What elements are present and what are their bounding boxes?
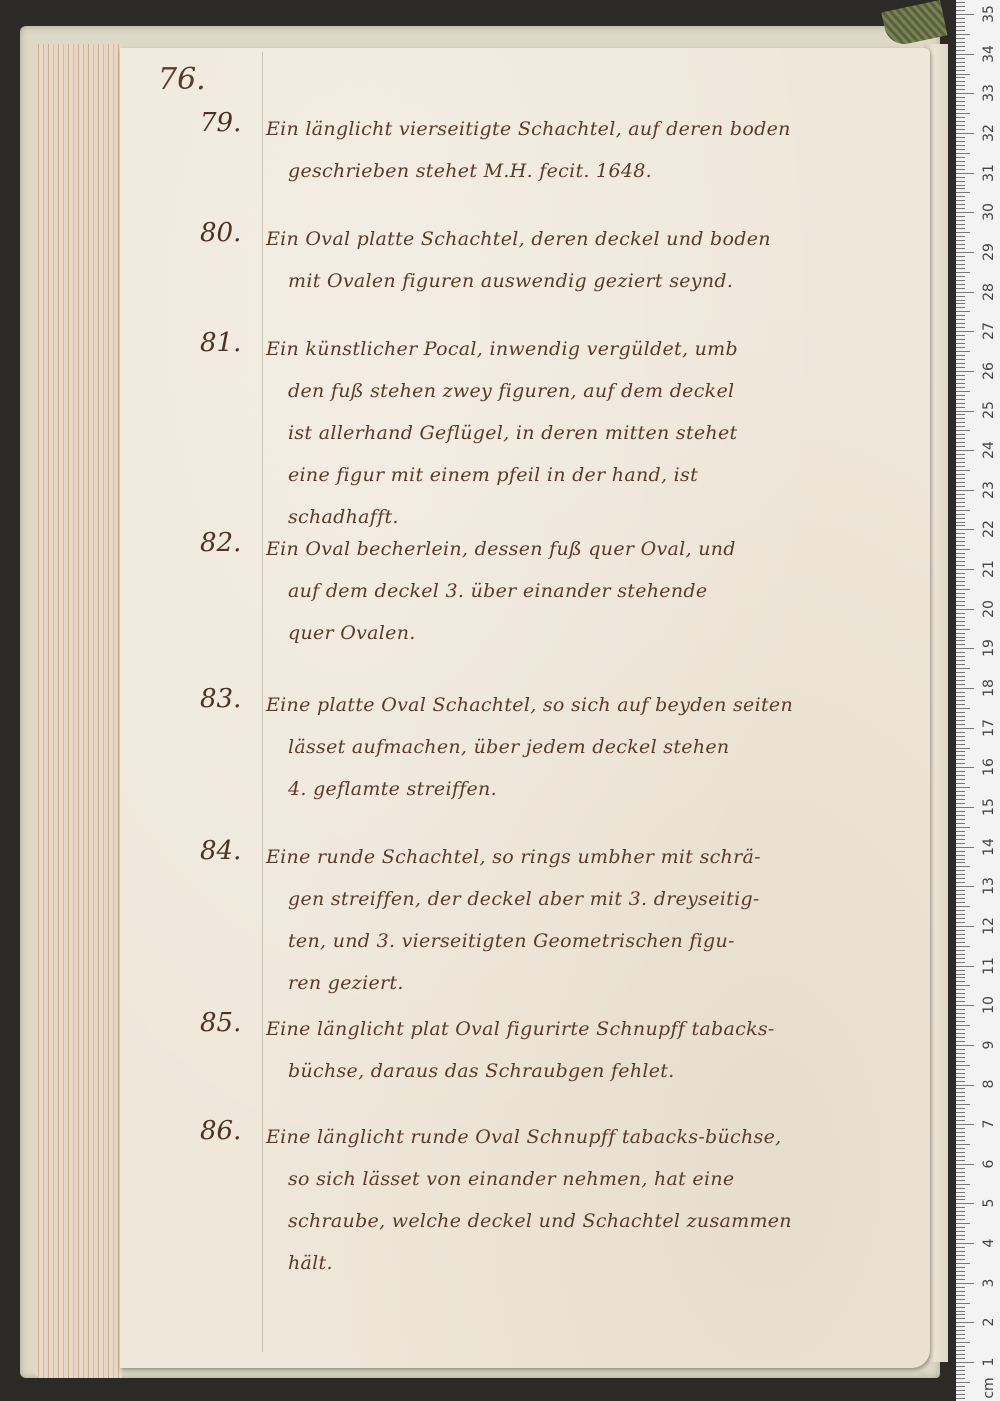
ruler-tick bbox=[956, 664, 965, 665]
entry-line: geschrieben stehet M.H. fecit. 1648. bbox=[266, 150, 900, 192]
ruler-tick bbox=[956, 866, 970, 867]
ruler-tick bbox=[956, 1033, 965, 1034]
ruler-tick bbox=[956, 577, 965, 578]
ruler-tick bbox=[956, 109, 965, 110]
ruler-tick bbox=[956, 985, 970, 986]
ruler-tick bbox=[956, 30, 965, 31]
entry-text: Eine runde Schachtel, so rings umbher mi… bbox=[266, 836, 900, 1004]
ruler-tick bbox=[956, 1140, 965, 1141]
ruler-tick bbox=[956, 779, 965, 780]
ruler-tick bbox=[956, 629, 970, 630]
ruler-tick bbox=[956, 355, 965, 356]
entry-number: 86. bbox=[200, 1116, 241, 1146]
ruler-tick bbox=[956, 367, 965, 368]
ruler-tick bbox=[956, 1021, 965, 1022]
ruler-tick bbox=[956, 454, 965, 455]
ruler-tick bbox=[956, 652, 965, 653]
ruler-tick bbox=[956, 1243, 974, 1244]
ruler-tick bbox=[956, 200, 965, 201]
ruler-tick bbox=[956, 926, 974, 927]
entry-line: Ein Oval platte Schachtel, deren deckel … bbox=[266, 218, 900, 260]
ruler-label: 26 bbox=[978, 360, 1000, 382]
ruler-tick bbox=[956, 252, 974, 253]
entry-text: Ein Oval platte Schachtel, deren deckel … bbox=[266, 218, 900, 302]
ruler-tick bbox=[956, 1152, 965, 1153]
ruler-label: 4 bbox=[978, 1232, 1000, 1254]
ruler-tick bbox=[956, 1271, 965, 1272]
ruler-tick bbox=[956, 1346, 965, 1347]
ruler-tick bbox=[956, 196, 965, 197]
ruler-tick bbox=[956, 1065, 970, 1066]
ruler-tick bbox=[956, 1318, 965, 1319]
ruler-tick bbox=[956, 165, 965, 166]
ruler-tick bbox=[956, 434, 965, 435]
entry-number: 79. bbox=[200, 108, 241, 138]
ruler-tick bbox=[956, 1124, 974, 1125]
ruler-tick bbox=[956, 1314, 965, 1315]
ruler-tick bbox=[956, 977, 965, 978]
ruler-tick bbox=[956, 181, 965, 182]
ruler-label: 29 bbox=[978, 241, 1000, 263]
ruler-tick bbox=[956, 1025, 970, 1026]
ruler-tick bbox=[956, 950, 965, 951]
ruler-tick bbox=[956, 1073, 965, 1074]
ruler-tick bbox=[956, 1330, 965, 1331]
entry-line: mit Ovalen figuren auswendig geziert sey… bbox=[266, 260, 900, 302]
ruler-tick bbox=[956, 712, 965, 713]
ruler-tick bbox=[956, 125, 965, 126]
ruler-tick bbox=[956, 1037, 965, 1038]
ruler-tick bbox=[956, 1199, 965, 1200]
ruler-tick bbox=[956, 633, 965, 634]
ruler-tick bbox=[956, 831, 965, 832]
ruler-tick bbox=[956, 486, 965, 487]
ruler-label: cm bbox=[978, 1377, 1000, 1399]
ruler-tick bbox=[956, 1386, 965, 1387]
ruler-tick bbox=[956, 561, 965, 562]
ruler-tick bbox=[956, 256, 965, 257]
ruler-tick bbox=[956, 1092, 965, 1093]
ruler-label: 31 bbox=[978, 162, 1000, 184]
ruler-tick bbox=[956, 775, 965, 776]
entry-line: Ein Oval becherlein, dessen fuß quer Ova… bbox=[266, 528, 900, 570]
ruler-tick bbox=[956, 541, 965, 542]
ruler-tick bbox=[956, 1148, 965, 1149]
ruler-tick bbox=[956, 14, 974, 15]
ruler-tick bbox=[956, 414, 965, 415]
ruler-tick bbox=[956, 2, 965, 3]
ruler-label: 19 bbox=[978, 637, 1000, 659]
ruler-tick bbox=[956, 1100, 965, 1101]
ruler-label: 6 bbox=[978, 1153, 1000, 1175]
ruler-tick bbox=[956, 34, 970, 35]
ruler-tick bbox=[956, 763, 965, 764]
ruler-tick bbox=[956, 192, 970, 193]
ruler-tick bbox=[956, 668, 970, 669]
ruler-tick bbox=[956, 525, 965, 526]
ruler-tick bbox=[956, 680, 965, 681]
ruler-tick bbox=[956, 383, 965, 384]
entry-line: Ein künstlicher Pocal, inwendig vergülde… bbox=[266, 328, 900, 370]
ruler-tick bbox=[956, 974, 965, 975]
ruler-tick bbox=[956, 771, 965, 772]
ruler-tick bbox=[956, 347, 965, 348]
ruler-tick bbox=[956, 970, 965, 971]
entry-line: Eine länglicht plat Oval figurirte Schnu… bbox=[266, 1008, 900, 1050]
ruler-tick bbox=[956, 1255, 965, 1256]
ruler-tick bbox=[956, 732, 965, 733]
ruler-tick bbox=[956, 224, 965, 225]
ruler-tick bbox=[956, 823, 965, 824]
ruler-label: 7 bbox=[978, 1113, 1000, 1135]
ruler-tick bbox=[956, 966, 974, 967]
ruler-label: 20 bbox=[978, 598, 1000, 620]
entry-line: hält. bbox=[266, 1242, 900, 1284]
ruler-tick bbox=[956, 42, 965, 43]
ruler-tick bbox=[956, 870, 965, 871]
ruler-tick bbox=[956, 1215, 965, 1216]
ruler-tick bbox=[956, 157, 965, 158]
ruler-tick bbox=[956, 173, 974, 174]
ruler-tick bbox=[956, 1005, 974, 1006]
ruler-tick bbox=[956, 637, 965, 638]
ruler-tick bbox=[956, 688, 974, 689]
ruler-tick bbox=[956, 153, 970, 154]
ruler-tick bbox=[956, 89, 965, 90]
ruler-tick bbox=[956, 50, 965, 51]
ruler-tick bbox=[956, 708, 970, 709]
ruler-label: 28 bbox=[978, 281, 1000, 303]
ruler-tick bbox=[956, 1350, 965, 1351]
ruler-tick bbox=[956, 1263, 970, 1264]
ruler-tick bbox=[956, 212, 974, 213]
ruler-tick bbox=[956, 494, 965, 495]
ruler-tick bbox=[956, 537, 965, 538]
ruler-tick bbox=[956, 581, 965, 582]
ruler-tick bbox=[956, 1156, 965, 1157]
ruler-tick bbox=[956, 169, 965, 170]
entry-line: Eine runde Schachtel, so rings umbher mi… bbox=[266, 836, 900, 878]
ruler-tick bbox=[956, 1017, 965, 1018]
ruler-tick bbox=[956, 684, 965, 685]
ruler-tick bbox=[956, 74, 970, 75]
ruler-label: 14 bbox=[978, 836, 1000, 858]
entry-line: Eine länglicht runde Oval Schnupff tabac… bbox=[266, 1116, 900, 1158]
ruler-tick bbox=[956, 902, 965, 903]
ruler-tick bbox=[956, 557, 965, 558]
ruler-tick bbox=[956, 1128, 965, 1129]
ruler-tick bbox=[956, 910, 965, 911]
cm-ruler: 3534333231302928272625242322212019181716… bbox=[956, 0, 1000, 1401]
ruler-tick bbox=[956, 617, 965, 618]
ruler-tick bbox=[956, 216, 965, 217]
ruler-tick bbox=[956, 311, 970, 312]
ruler-tick bbox=[956, 93, 974, 94]
ruler-tick bbox=[956, 1172, 965, 1173]
entry-text: Eine länglicht runde Oval Schnupff tabac… bbox=[266, 1116, 900, 1284]
entry-number: 83. bbox=[200, 684, 241, 714]
ruler-tick bbox=[956, 609, 974, 610]
ruler-tick bbox=[956, 161, 965, 162]
ruler-label: 22 bbox=[978, 518, 1000, 540]
ruler-tick bbox=[956, 605, 965, 606]
ruler-tick bbox=[956, 934, 965, 935]
ruler-tick bbox=[956, 1045, 974, 1046]
ruler-tick bbox=[956, 1279, 965, 1280]
page-stack-edges bbox=[34, 44, 122, 1378]
ruler-label: 27 bbox=[978, 320, 1000, 342]
ruler-tick bbox=[956, 811, 965, 812]
ruler-tick bbox=[956, 264, 965, 265]
entry-text: Ein künstlicher Pocal, inwendig vergülde… bbox=[266, 328, 900, 538]
ruler-tick bbox=[956, 989, 965, 990]
entry-text: Eine platte Oval Schachtel, so sich auf … bbox=[266, 684, 900, 810]
ruler-tick bbox=[956, 1053, 965, 1054]
ruler-tick bbox=[956, 549, 970, 550]
ruler-tick bbox=[956, 569, 974, 570]
ruler-tick bbox=[956, 851, 965, 852]
ruler-tick bbox=[956, 204, 965, 205]
ruler-tick bbox=[956, 914, 965, 915]
ruler-tick bbox=[956, 411, 974, 412]
ruler-tick bbox=[956, 621, 965, 622]
ruler-tick bbox=[956, 1207, 965, 1208]
margin-rule bbox=[262, 52, 263, 1352]
ruler-tick bbox=[956, 601, 965, 602]
ruler-tick bbox=[956, 6, 965, 7]
ruler-tick bbox=[956, 1370, 965, 1371]
ruler-tick bbox=[956, 767, 974, 768]
ruler-tick bbox=[956, 1235, 965, 1236]
ruler-tick bbox=[956, 303, 965, 304]
ruler-tick bbox=[956, 26, 965, 27]
ruler-tick bbox=[956, 387, 965, 388]
ruler-label: 16 bbox=[978, 756, 1000, 778]
ruler-tick bbox=[956, 70, 965, 71]
ruler-tick bbox=[956, 62, 965, 63]
ruler-tick bbox=[956, 1358, 965, 1359]
ruler-label: 32 bbox=[978, 122, 1000, 144]
ruler-tick bbox=[956, 1259, 965, 1260]
ruler-tick bbox=[956, 1338, 965, 1339]
ruler-tick bbox=[956, 105, 965, 106]
ruler-tick bbox=[956, 938, 965, 939]
entry-text: Ein länglicht vierseitigte Schachtel, au… bbox=[266, 108, 900, 192]
ruler-tick bbox=[956, 288, 965, 289]
ruler-tick bbox=[956, 244, 965, 245]
ruler-tick bbox=[956, 46, 965, 47]
ruler-tick bbox=[956, 38, 965, 39]
entry-number: 81. bbox=[200, 328, 241, 358]
ruler-tick bbox=[956, 403, 965, 404]
ruler-tick bbox=[956, 807, 974, 808]
ruler-label: 34 bbox=[978, 43, 1000, 65]
ruler-label: 33 bbox=[978, 82, 1000, 104]
ruler-tick bbox=[956, 613, 965, 614]
ruler-label: 12 bbox=[978, 915, 1000, 937]
ruler-tick bbox=[956, 395, 965, 396]
ruler-tick bbox=[956, 490, 974, 491]
ruler-tick bbox=[956, 482, 965, 483]
ruler-label: 2 bbox=[978, 1311, 1000, 1333]
ruler-label: 23 bbox=[978, 479, 1000, 501]
ruler-tick bbox=[956, 1112, 965, 1113]
ruler-tick bbox=[956, 379, 965, 380]
ruler-tick bbox=[956, 149, 965, 150]
ruler-tick bbox=[956, 962, 965, 963]
ruler-tick bbox=[956, 470, 970, 471]
ruler-tick bbox=[956, 755, 965, 756]
entry-text: Ein Oval becherlein, dessen fuß quer Ova… bbox=[266, 528, 900, 654]
entry-number: 80. bbox=[200, 218, 241, 248]
ruler-tick bbox=[956, 1061, 965, 1062]
ruler-tick bbox=[956, 724, 965, 725]
ruler-tick bbox=[956, 97, 965, 98]
ruler-tick bbox=[956, 835, 965, 836]
ruler-tick bbox=[956, 315, 965, 316]
ruler-tick bbox=[956, 518, 965, 519]
ruler-tick bbox=[956, 843, 965, 844]
ruler-tick bbox=[956, 894, 965, 895]
ruler-tick bbox=[956, 121, 965, 122]
ruler-tick bbox=[956, 676, 965, 677]
ruler-tick bbox=[956, 1342, 970, 1343]
ruler-tick bbox=[956, 553, 965, 554]
ruler-tick bbox=[956, 1188, 965, 1189]
ruler-tick bbox=[956, 660, 965, 661]
ruler-tick bbox=[956, 391, 970, 392]
entry-line: schraube, welche deckel und Schachtel zu… bbox=[266, 1200, 900, 1242]
ruler-tick bbox=[956, 759, 965, 760]
ruler-tick bbox=[956, 284, 965, 285]
ruler-tick bbox=[956, 533, 965, 534]
ruler-tick bbox=[956, 208, 965, 209]
ruler-tick bbox=[956, 815, 965, 816]
ruler-tick bbox=[956, 1311, 965, 1312]
ruler-tick bbox=[956, 656, 965, 657]
ruler-tick bbox=[956, 442, 965, 443]
ruler-tick bbox=[956, 351, 970, 352]
ruler-tick bbox=[956, 1275, 965, 1276]
ruler-label: 1 bbox=[978, 1351, 1000, 1373]
entry-line: ten, und 3. vierseitigten Geometrischen … bbox=[266, 920, 900, 962]
entry-line: 4. geflamte streiffen. bbox=[266, 768, 900, 810]
ruler-tick bbox=[956, 458, 965, 459]
ruler-tick bbox=[956, 1077, 965, 1078]
entry-number: 85. bbox=[200, 1008, 241, 1038]
ruler-tick bbox=[956, 954, 965, 955]
ruler-tick bbox=[956, 1291, 965, 1292]
ruler-tick bbox=[956, 1307, 965, 1308]
ruler-label: 25 bbox=[978, 399, 1000, 421]
ruler-tick bbox=[956, 874, 965, 875]
ruler-tick bbox=[956, 1219, 965, 1220]
entry-line: eine figur mit einem pfeil in der hand, … bbox=[266, 454, 900, 496]
ruler-tick bbox=[956, 859, 965, 860]
ruler-tick bbox=[956, 1239, 965, 1240]
ruler-tick bbox=[956, 462, 965, 463]
ruler-tick bbox=[956, 648, 974, 649]
ruler-tick bbox=[956, 644, 965, 645]
ruler-tick bbox=[956, 1251, 965, 1252]
ruler-tick bbox=[956, 728, 974, 729]
ruler-tick bbox=[956, 1287, 965, 1288]
entry-number: 82. bbox=[200, 528, 241, 558]
ruler-tick bbox=[956, 498, 965, 499]
ruler-tick bbox=[956, 141, 965, 142]
ruler-tick bbox=[956, 1096, 965, 1097]
ruler-tick bbox=[956, 981, 965, 982]
ruler-tick bbox=[956, 228, 965, 229]
ruler-tick bbox=[956, 10, 965, 11]
ruler-tick bbox=[956, 446, 965, 447]
ruler-tick bbox=[956, 296, 965, 297]
entry-line: auf dem deckel 3. über einander stehende bbox=[266, 570, 900, 612]
ruler-tick bbox=[956, 58, 965, 59]
entry-line: quer Ovalen. bbox=[266, 612, 900, 654]
ruler-tick bbox=[956, 906, 970, 907]
ruler-tick bbox=[956, 640, 965, 641]
ruler-tick bbox=[956, 720, 965, 721]
ruler-tick bbox=[956, 795, 965, 796]
ruler-tick bbox=[956, 1009, 965, 1010]
ruler-tick bbox=[956, 85, 965, 86]
ruler-tick bbox=[956, 1180, 965, 1181]
ruler-tick bbox=[956, 898, 965, 899]
ruler-label: 17 bbox=[978, 717, 1000, 739]
ruler-tick bbox=[956, 323, 965, 324]
ruler-tick bbox=[956, 300, 965, 301]
ruler-tick bbox=[956, 890, 965, 891]
ruler-tick bbox=[956, 1184, 970, 1185]
ruler-tick bbox=[956, 1168, 965, 1169]
ruler-tick bbox=[956, 177, 965, 178]
ruler-tick bbox=[956, 343, 965, 344]
ruler-tick bbox=[956, 819, 965, 820]
ruler-tick bbox=[956, 474, 965, 475]
ruler-label: 11 bbox=[978, 955, 1000, 977]
ruler-tick bbox=[956, 787, 970, 788]
ruler-tick bbox=[956, 748, 970, 749]
entry-line: Ein länglicht vierseitigte Schachtel, au… bbox=[266, 108, 900, 150]
ruler-tick bbox=[956, 260, 965, 261]
ruler-label: 13 bbox=[978, 875, 1000, 897]
ruler-tick bbox=[956, 1057, 965, 1058]
ruler-tick bbox=[956, 117, 965, 118]
ruler-tick bbox=[956, 466, 965, 467]
ruler-tick bbox=[956, 1267, 965, 1268]
ruler-tick bbox=[956, 1132, 965, 1133]
ruler-tick bbox=[956, 1398, 965, 1399]
entry-line: Eine platte Oval Schachtel, so sich auf … bbox=[266, 684, 900, 726]
ruler-tick bbox=[956, 363, 965, 364]
ruler-label: 18 bbox=[978, 677, 1000, 699]
entry-line: so sich lässet von einander nehmen, hat … bbox=[266, 1158, 900, 1200]
ruler-tick bbox=[956, 1001, 965, 1002]
ruler-tick bbox=[956, 1029, 965, 1030]
ruler-tick bbox=[956, 1160, 965, 1161]
ruler-label: 9 bbox=[978, 1034, 1000, 1056]
ruler-tick bbox=[956, 1176, 965, 1177]
ruler-tick bbox=[956, 799, 965, 800]
ruler-tick bbox=[956, 1295, 965, 1296]
ruler-tick bbox=[956, 1088, 965, 1089]
ruler-tick bbox=[956, 292, 974, 293]
ruler-tick bbox=[956, 827, 970, 828]
ruler-tick bbox=[956, 506, 965, 507]
ruler-tick bbox=[956, 236, 965, 237]
ruler-tick bbox=[956, 839, 965, 840]
